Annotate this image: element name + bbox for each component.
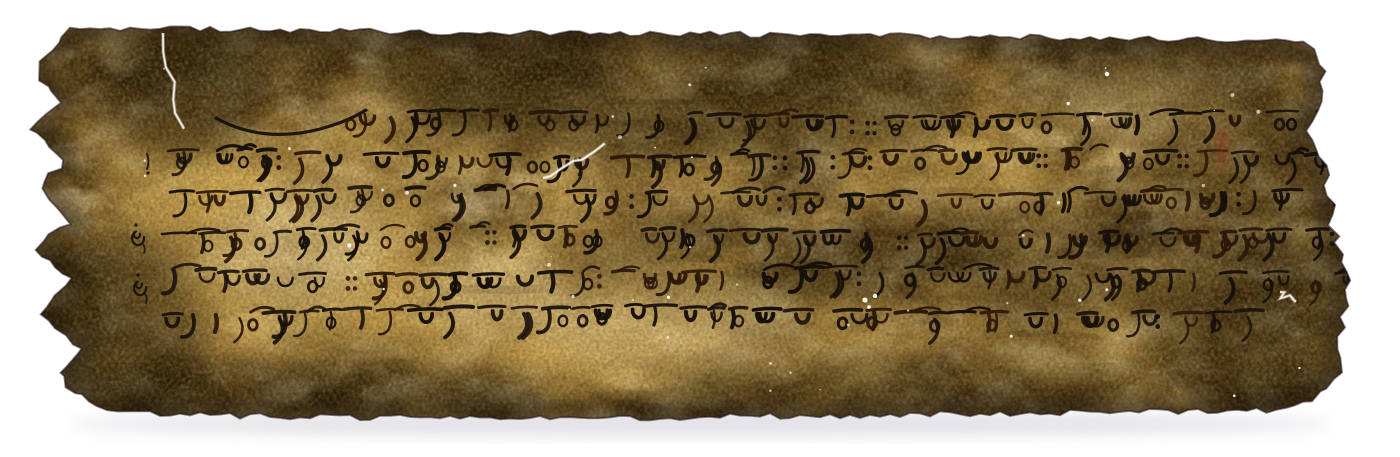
manuscript-photo-canvas	[0, 0, 1400, 457]
manuscript-svg	[0, 0, 1400, 457]
red-smudge	[1217, 128, 1227, 168]
